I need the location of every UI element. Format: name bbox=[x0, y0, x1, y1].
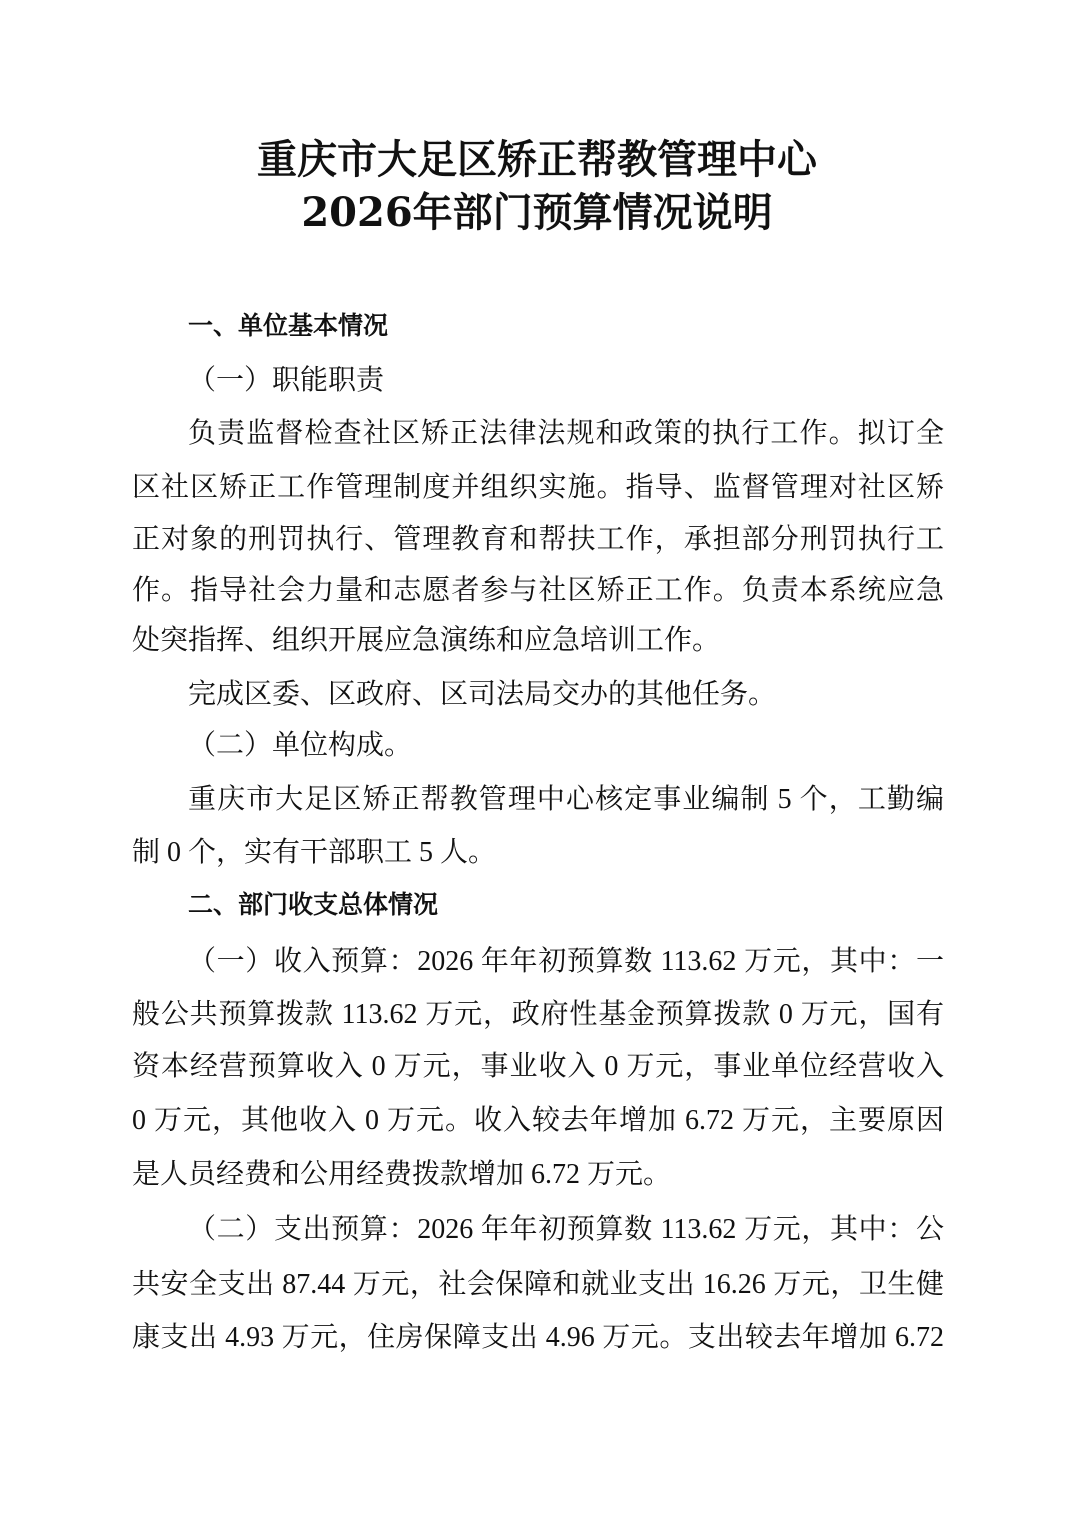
paragraph-line: 般公共预算拨款 113.62 万元，政府性基金预算拨款 0 万元，国有 bbox=[132, 995, 944, 1035]
paragraph-line: （一）收入预算：2026 年年初预算数 113.62 万元，其中：一 bbox=[188, 942, 944, 982]
document-title-line-1: 重庆市大足区矫正帮教管理中心 bbox=[0, 134, 1074, 186]
paragraph-line: 处突指挥、组织开展应急演练和应急培训工作。 bbox=[132, 621, 944, 661]
paragraph-line: 重庆市大足区矫正帮教管理中心核定事业编制 5 个，工勤编 bbox=[188, 780, 944, 820]
subsection-heading-functions: （一）职能职责 bbox=[188, 361, 944, 401]
paragraph-line: （二）支出预算：2026 年年初预算数 113.62 万元，其中：公 bbox=[188, 1210, 944, 1250]
section-heading-basic-info: 一、单位基本情况 bbox=[188, 306, 944, 346]
paragraph-line: 正对象的刑罚执行、管理教育和帮扶工作，承担部分刑罚执行工 bbox=[132, 520, 944, 560]
paragraph-line: 是人员经费和公用经费拨款增加 6.72 万元。 bbox=[132, 1155, 944, 1195]
paragraph-line: 资本经营预算收入 0 万元，事业收入 0 万元，事业单位经营收入 bbox=[132, 1047, 944, 1087]
section-heading-budget-overview: 二、部门收支总体情况 bbox=[188, 885, 944, 925]
paragraph-line: 共安全支出 87.44 万元，社会保障和就业支出 16.26 万元，卫生健 bbox=[132, 1265, 944, 1305]
document-title-line-2: 2026年部门预算情况说明 bbox=[0, 187, 1074, 239]
subsection-heading-composition: （二）单位构成。 bbox=[188, 726, 944, 766]
paragraph-line: 完成区委、区政府、区司法局交办的其他任务。 bbox=[188, 675, 944, 715]
paragraph-line: 0 万元，其他收入 0 万元。收入较去年增加 6.72 万元，主要原因 bbox=[132, 1101, 944, 1141]
paragraph-line: 负责监督检查社区矫正法律法规和政策的执行工作。拟订全 bbox=[188, 414, 944, 454]
paragraph-line: 康支出 4.93 万元，住房保障支出 4.96 万元。支出较去年增加 6.72 bbox=[132, 1318, 944, 1358]
document-page: 重庆市大足区矫正帮教管理中心 2026年部门预算情况说明 一、单位基本情况 （一… bbox=[0, 0, 1074, 1520]
paragraph-line: 作。指导社会力量和志愿者参与社区矫正工作。负责本系统应急 bbox=[132, 571, 944, 611]
paragraph-line: 区社区矫正工作管理制度并组织实施。指导、监督管理对社区矫 bbox=[132, 468, 944, 508]
paragraph-line: 制 0 个，实有干部职工 5 人。 bbox=[132, 833, 944, 873]
